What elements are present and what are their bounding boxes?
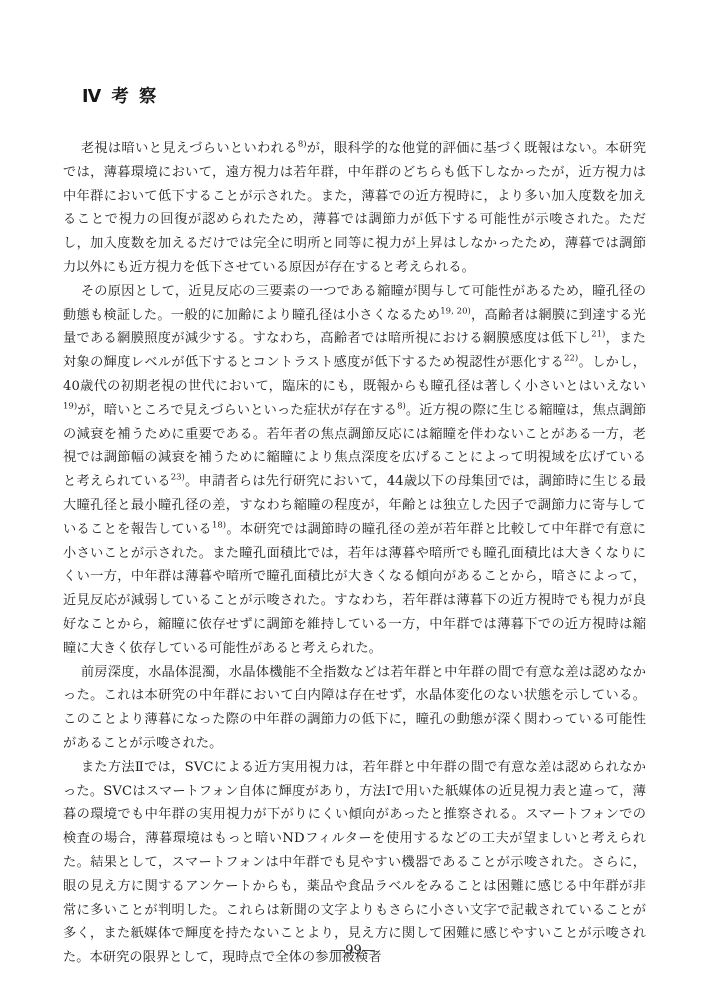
page-number: —99— <box>0 943 707 958</box>
paragraph: 老視は暗いと見えづらいといわれる8)が，眼科学的な他覚的評価に基づく既報はない。… <box>63 137 646 280</box>
citation-reference: 8) <box>298 140 307 150</box>
paragraph: その原因として，近見反応の三要素の一つである縮瞳が関与して可能性があるため，瞳孔… <box>63 280 646 661</box>
paragraph-text: 。本研究では調節時の瞳孔径の差が若年群と比較して中年群で有意に小さいことが示され… <box>63 522 646 656</box>
document-page: Ⅳ 考 察 老視は暗いと見えづらいといわれる8)が，眼科学的な他覚的評価に基づく… <box>0 0 707 1000</box>
citation-reference: 23) <box>171 473 185 483</box>
paragraph-text: が，暗いところで見えづらいといった症状が存在する <box>77 403 397 418</box>
page-content: Ⅳ 考 察 老視は暗いと見えづらいといわれる8)が，眼科学的な他覚的評価に基づく… <box>63 86 646 970</box>
citation-reference: 18) <box>212 520 226 530</box>
citation-reference: 19, 20) <box>440 306 471 316</box>
body-text: 老視は暗いと見えづらいといわれる8)が，眼科学的な他覚的評価に基づく既報はない。… <box>63 137 646 970</box>
paragraph-text: また方法Ⅱでは，SVCによる近方実用視力は，若年群と中年群の間で有意な差は認めら… <box>63 760 646 965</box>
paragraph-text: が，眼科学的な他覚的評価に基づく既報はない。本研究では，薄暮環境において，遠方視… <box>63 141 646 275</box>
paragraph: また方法Ⅱでは，SVCによる近方実用視力は，若年群と中年群の間で有意な差は認めら… <box>63 756 646 970</box>
citation-reference: 8) <box>397 401 406 411</box>
citation-reference: 21) <box>591 330 605 340</box>
paragraph: 前房深度，水晶体混濁，水晶体機能不全指数などは若年群と中年群の間で有意な差は認め… <box>63 661 646 756</box>
section-heading: Ⅳ 考 察 <box>82 86 646 108</box>
paragraph-text: 前房深度，水晶体混濁，水晶体機能不全指数などは若年群と中年群の間で有意な差は認め… <box>63 665 646 751</box>
citation-reference: 22) <box>564 354 578 364</box>
paragraph-text: 老視は暗いと見えづらいといわれる <box>81 141 298 156</box>
citation-reference: 19) <box>63 401 77 411</box>
